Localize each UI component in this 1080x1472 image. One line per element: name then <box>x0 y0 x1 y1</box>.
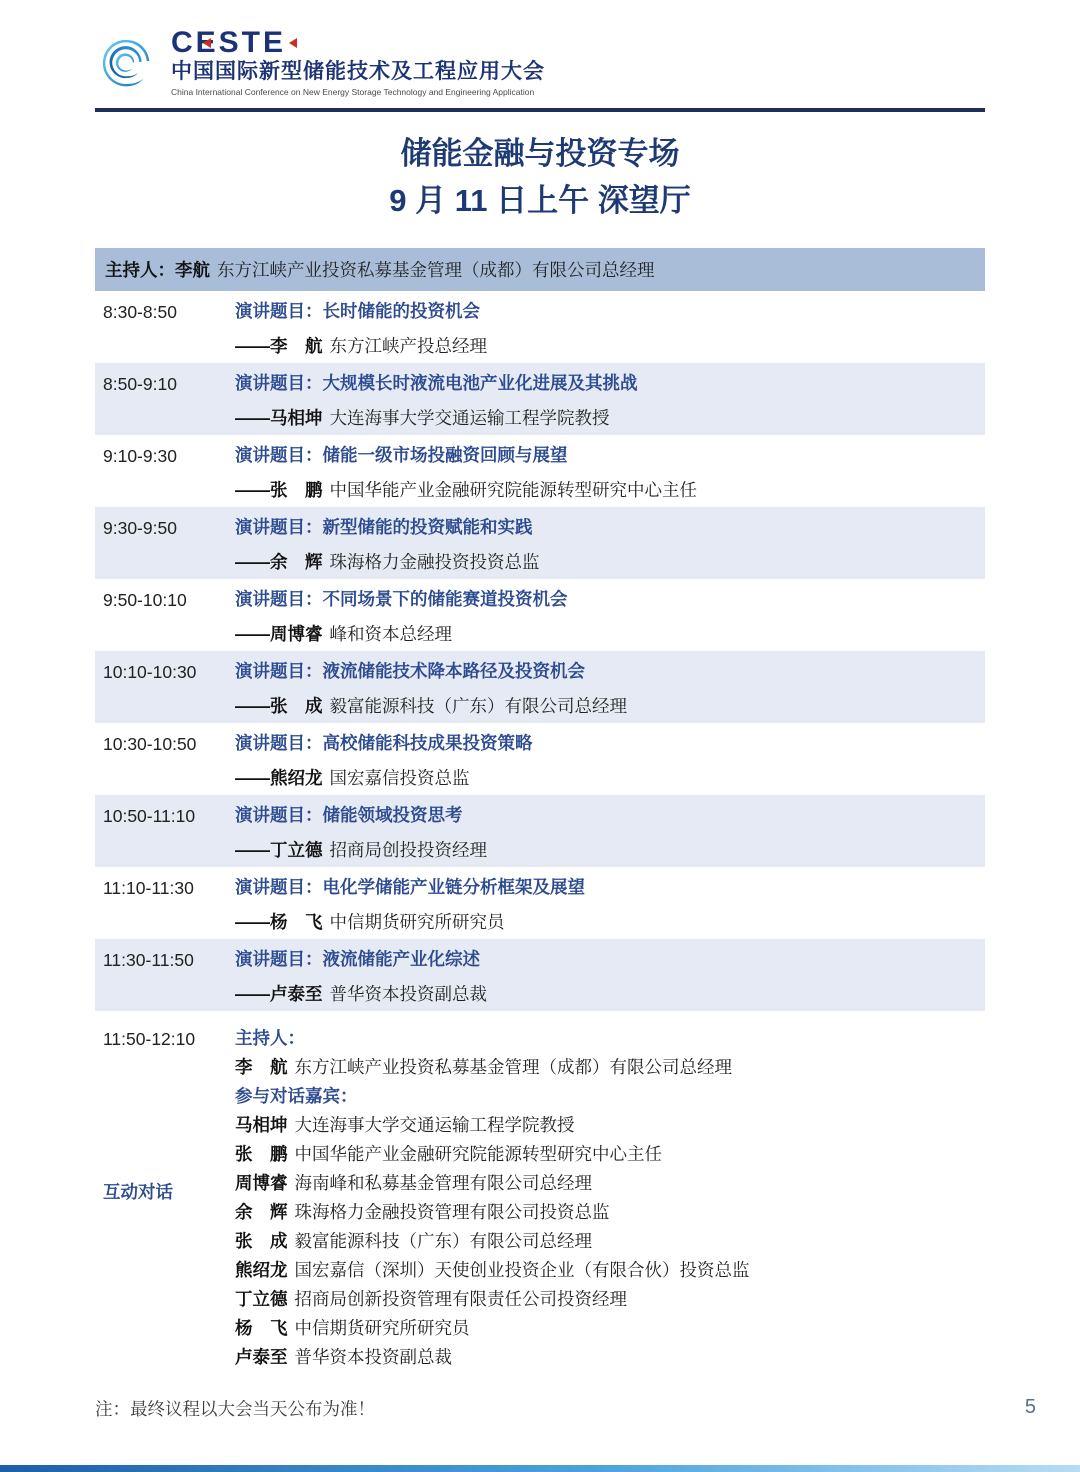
guest-name: 张 鹏 <box>235 1144 288 1164</box>
speaker-name: ——张 鹏 <box>235 480 323 500</box>
agenda-time: 10:10-10:30 <box>95 660 235 723</box>
dialogue-time: 11:50-12:10 <box>103 1029 195 1049</box>
agenda-topic: 演讲题目：储能一级市场投融资回顾与展望 <box>235 444 985 466</box>
topic-prefix: 演讲题目： <box>235 301 323 321</box>
agenda-time: 9:50-10:10 <box>95 588 235 651</box>
agenda-topic: 演讲题目：新型储能的投资赋能和实践 <box>235 516 985 538</box>
logo-acronym: CESTE <box>171 26 286 59</box>
agenda-page: CESTE 中国国际新型储能技术及工程应用大会 China Internatio… <box>0 0 1080 1472</box>
speaker-name: ——马相坤 <box>235 408 323 428</box>
topic-prefix: 演讲题目： <box>235 805 323 825</box>
guest-name: 杨 飞 <box>235 1318 288 1338</box>
speaker-title: 毅富能源科技（广东）有限公司总经理 <box>330 696 628 716</box>
moderator-name: 李 航 <box>235 1057 288 1077</box>
agenda-time: 11:30-11:50 <box>95 948 235 1011</box>
speaker-title: 东方江峡产投总经理 <box>330 336 488 356</box>
speaker-title: 招商局创投投资经理 <box>330 840 488 860</box>
agenda-row: 10:50-11:10 演讲题目：储能领域投资思考 ——丁立德招商局创投投资经理 <box>95 795 985 867</box>
dialogue-guest: 熊绍龙国宏嘉信（深圳）天使创业投资企业（有限合伙）投资总监 <box>235 1259 985 1281</box>
topic-text: 液流储能技术降本路径及投资机会 <box>323 661 586 681</box>
agenda-row: 9:30-9:50 演讲题目：新型储能的投资赋能和实践 ——余 辉珠海格力金融投… <box>95 507 985 579</box>
guest-name: 马相坤 <box>235 1115 288 1135</box>
logo-red-arrow-icon <box>289 38 297 48</box>
agenda-topic: 演讲题目：高校储能科技成果投资策略 <box>235 732 985 754</box>
topic-prefix: 演讲题目： <box>235 589 323 609</box>
dialogue-guest: 马相坤大连海事大学交通运输工程学院教授 <box>235 1114 985 1136</box>
agenda-row: 9:50-10:10 演讲题目：不同场景下的储能赛道投资机会 ——周博睿峰和资本… <box>95 579 985 651</box>
topic-text: 高校储能科技成果投资策略 <box>323 733 533 753</box>
agenda-speaker: ——杨 飞中信期货研究所研究员 <box>235 911 985 933</box>
speaker-name: ——丁立德 <box>235 840 323 860</box>
topic-prefix: 演讲题目： <box>235 517 323 537</box>
topic-prefix: 演讲题目： <box>235 661 323 681</box>
topic-text: 长时储能的投资机会 <box>323 301 481 321</box>
guest-title: 珠海格力金融投资管理有限公司投资总监 <box>295 1202 610 1222</box>
agenda-row: 10:10-10:30 演讲题目：液流储能技术降本路径及投资机会 ——张 成毅富… <box>95 651 985 723</box>
guest-name: 熊绍龙 <box>235 1260 288 1280</box>
guest-title: 大连海事大学交通运输工程学院教授 <box>295 1115 575 1135</box>
agenda-time: 9:10-9:30 <box>95 444 235 507</box>
agenda-speaker: ——丁立德招商局创投投资经理 <box>235 839 985 861</box>
agenda-row: 8:50-9:10 演讲题目：大规模长时液流电池产业化进展及其挑战 ——马相坤大… <box>95 363 985 435</box>
dialogue-guests-label: 参与对话嘉宾： <box>235 1085 985 1107</box>
guest-name: 卢泰至 <box>235 1347 288 1367</box>
guest-title: 海南峰和私募基金管理有限公司总经理 <box>295 1173 593 1193</box>
agenda-speaker: ——周博睿峰和资本总经理 <box>235 623 985 645</box>
guest-title: 招商局创新投资管理有限责任公司投资经理 <box>295 1289 628 1309</box>
logo-text-block: CESTE 中国国际新型储能技术及工程应用大会 China Internatio… <box>171 28 545 98</box>
swirl-logo-icon <box>95 32 157 94</box>
moderator-title: 东方江峡产业投资私募基金管理（成都）有限公司总经理 <box>295 1057 733 1077</box>
agenda-topic: 演讲题目：电化学储能产业链分析框架及展望 <box>235 876 985 898</box>
speaker-name: ——卢泰至 <box>235 984 323 1004</box>
host-label: 主持人： <box>105 260 175 280</box>
guest-title: 毅富能源科技（广东）有限公司总经理 <box>295 1231 593 1251</box>
guest-name: 余 辉 <box>235 1202 288 1222</box>
dialogue-section: 11:50-12:10 互动对话 主持人： 李 航东方江峡产业投资私募基金管理（… <box>95 1011 985 1375</box>
agenda-speaker: ——卢泰至普华资本投资副总裁 <box>235 983 985 1005</box>
host-affiliation: 东方江峡产业投资私募基金管理（成都）有限公司总经理 <box>217 260 655 280</box>
agenda-topic: 演讲题目：长时储能的投资机会 <box>235 300 985 322</box>
speaker-title: 国宏嘉信投资总监 <box>330 768 470 788</box>
agenda-speaker: ——张 鹏中国华能产业金融研究院能源转型研究中心主任 <box>235 479 985 501</box>
speaker-title: 普华资本投资副总裁 <box>330 984 488 1004</box>
topic-prefix: 演讲题目： <box>235 733 323 753</box>
logo-title-cn: 中国国际新型储能技术及工程应用大会 <box>171 58 545 86</box>
agenda-topic: 演讲题目：不同场景下的储能赛道投资机会 <box>235 588 985 610</box>
speaker-title: 中国华能产业金融研究院能源转型研究中心主任 <box>330 480 698 500</box>
guest-name: 周博睿 <box>235 1173 288 1193</box>
agenda-time: 8:30-8:50 <box>95 300 235 363</box>
dialogue-guest: 丁立德招商局创新投资管理有限责任公司投资经理 <box>235 1288 985 1310</box>
dialogue-guest: 周博睿海南峰和私募基金管理有限公司总经理 <box>235 1172 985 1194</box>
topic-text: 新型储能的投资赋能和实践 <box>323 517 533 537</box>
dialogue-guest: 张 成毅富能源科技（广东）有限公司总经理 <box>235 1230 985 1252</box>
guest-title: 中信期货研究所研究员 <box>295 1318 470 1338</box>
logo-wordmark: CESTE <box>171 28 286 58</box>
session-datetime-venue: 9 月 11 日上午 深望厅 <box>95 177 985 224</box>
agenda-speaker: ——张 成毅富能源科技（广东）有限公司总经理 <box>235 695 985 717</box>
topic-prefix: 演讲题目： <box>235 445 323 465</box>
guest-title: 普华资本投资副总裁 <box>295 1347 453 1367</box>
logo-title-en: China International Conference on New En… <box>171 86 545 98</box>
agenda-topic: 演讲题目：液流储能技术降本路径及投资机会 <box>235 660 985 682</box>
speaker-name: ——张 成 <box>235 696 323 716</box>
host-name: 李航 <box>175 260 210 280</box>
dialogue-body: 主持人： 李 航东方江峡产业投资私募基金管理（成都）有限公司总经理 参与对话嘉宾… <box>235 1027 985 1375</box>
topic-text: 储能领域投资思考 <box>323 805 463 825</box>
speaker-title: 珠海格力金融投资投资总监 <box>330 552 540 572</box>
agenda-speaker: ——余 辉珠海格力金融投资投资总监 <box>235 551 985 573</box>
topic-prefix: 演讲题目： <box>235 949 323 969</box>
speaker-name: ——熊绍龙 <box>235 768 323 788</box>
guest-title: 中国华能产业金融研究院能源转型研究中心主任 <box>295 1144 663 1164</box>
header-divider <box>95 108 985 112</box>
session-title-block: 储能金融与投资专场 9 月 11 日上午 深望厅 <box>95 130 985 224</box>
agenda-topic: 演讲题目：液流储能产业化综述 <box>235 948 985 970</box>
topic-text: 储能一级市场投融资回顾与展望 <box>323 445 568 465</box>
speaker-name: ——余 辉 <box>235 552 323 572</box>
logo-red-arrow-icon <box>203 38 211 48</box>
dialogue-guest: 余 辉珠海格力金融投资管理有限公司投资总监 <box>235 1201 985 1223</box>
agenda-time: 8:50-9:10 <box>95 372 235 435</box>
speaker-title: 中信期货研究所研究员 <box>330 912 505 932</box>
guest-name: 张 成 <box>235 1231 288 1251</box>
dialogue-moderator: 李 航东方江峡产业投资私募基金管理（成都）有限公司总经理 <box>235 1056 985 1078</box>
agenda-speaker: ——李 航东方江峡产投总经理 <box>235 335 985 357</box>
topic-text: 大规模长时液流电池产业化进展及其挑战 <box>323 373 638 393</box>
host-row: 主持人：李航东方江峡产业投资私募基金管理（成都）有限公司总经理 <box>95 248 985 291</box>
speaker-name: ——李 航 <box>235 336 323 356</box>
page-header: CESTE 中国国际新型储能技术及工程应用大会 China Internatio… <box>95 0 985 112</box>
agenda-speaker: ——马相坤大连海事大学交通运输工程学院教授 <box>235 407 985 429</box>
conference-logo: CESTE 中国国际新型储能技术及工程应用大会 China Internatio… <box>95 28 985 98</box>
page-footer: 注：最终议程以大会当天公布为准！ 5 <box>95 1396 1036 1421</box>
agenda-row: 11:30-11:50 演讲题目：液流储能产业化综述 ——卢泰至普华资本投资副总… <box>95 939 985 1011</box>
session-title: 储能金融与投资专场 <box>95 130 985 177</box>
bottom-accent-bar <box>0 1465 1080 1472</box>
agenda-speaker: ——熊绍龙国宏嘉信投资总监 <box>235 767 985 789</box>
agenda-row: 10:30-10:50 演讲题目：高校储能科技成果投资策略 ——熊绍龙国宏嘉信投… <box>95 723 985 795</box>
agenda-row: 8:30-8:50 演讲题目：长时储能的投资机会 ——李 航东方江峡产投总经理 <box>95 291 985 363</box>
agenda-row: 11:10-11:30 演讲题目：电化学储能产业链分析框架及展望 ——杨 飞中信… <box>95 867 985 939</box>
topic-text: 电化学储能产业链分析框架及展望 <box>323 877 586 897</box>
dialogue-guest: 张 鹏中国华能产业金融研究院能源转型研究中心主任 <box>235 1143 985 1165</box>
agenda-time: 11:10-11:30 <box>95 876 235 939</box>
dialogue-moderator-label: 主持人： <box>235 1027 985 1049</box>
topic-prefix: 演讲题目： <box>235 373 323 393</box>
agenda-time: 10:30-10:50 <box>95 732 235 795</box>
topic-prefix: 演讲题目： <box>235 877 323 897</box>
dialogue-section-label: 互动对话 <box>103 1179 173 1204</box>
agenda-row: 9:10-9:30 演讲题目：储能一级市场投融资回顾与展望 ——张 鹏中国华能产… <box>95 435 985 507</box>
agenda-topic: 演讲题目：大规模长时液流电池产业化进展及其挑战 <box>235 372 985 394</box>
agenda-topic: 演讲题目：储能领域投资思考 <box>235 804 985 826</box>
agenda-list: 8:30-8:50 演讲题目：长时储能的投资机会 ——李 航东方江峡产投总经理 … <box>95 291 985 1011</box>
topic-text: 液流储能产业化综述 <box>323 949 481 969</box>
speaker-name: ——杨 飞 <box>235 912 323 932</box>
topic-text: 不同场景下的储能赛道投资机会 <box>323 589 568 609</box>
guest-title: 国宏嘉信（深圳）天使创业投资企业（有限合伙）投资总监 <box>295 1260 750 1280</box>
agenda-time: 9:30-9:50 <box>95 516 235 579</box>
agenda-time: 10:50-11:10 <box>95 804 235 867</box>
footer-note: 注：最终议程以大会当天公布为准！ <box>95 1396 375 1421</box>
speaker-title: 峰和资本总经理 <box>330 624 453 644</box>
page-number: 5 <box>1025 1396 1036 1419</box>
dialogue-time-column: 11:50-12:10 互动对话 <box>95 1027 235 1375</box>
dialogue-guest: 杨 飞中信期货研究所研究员 <box>235 1317 985 1339</box>
guest-name: 丁立德 <box>235 1289 288 1309</box>
speaker-name: ——周博睿 <box>235 624 323 644</box>
speaker-title: 大连海事大学交通运输工程学院教授 <box>330 408 610 428</box>
dialogue-guest: 卢泰至普华资本投资副总裁 <box>235 1346 985 1368</box>
